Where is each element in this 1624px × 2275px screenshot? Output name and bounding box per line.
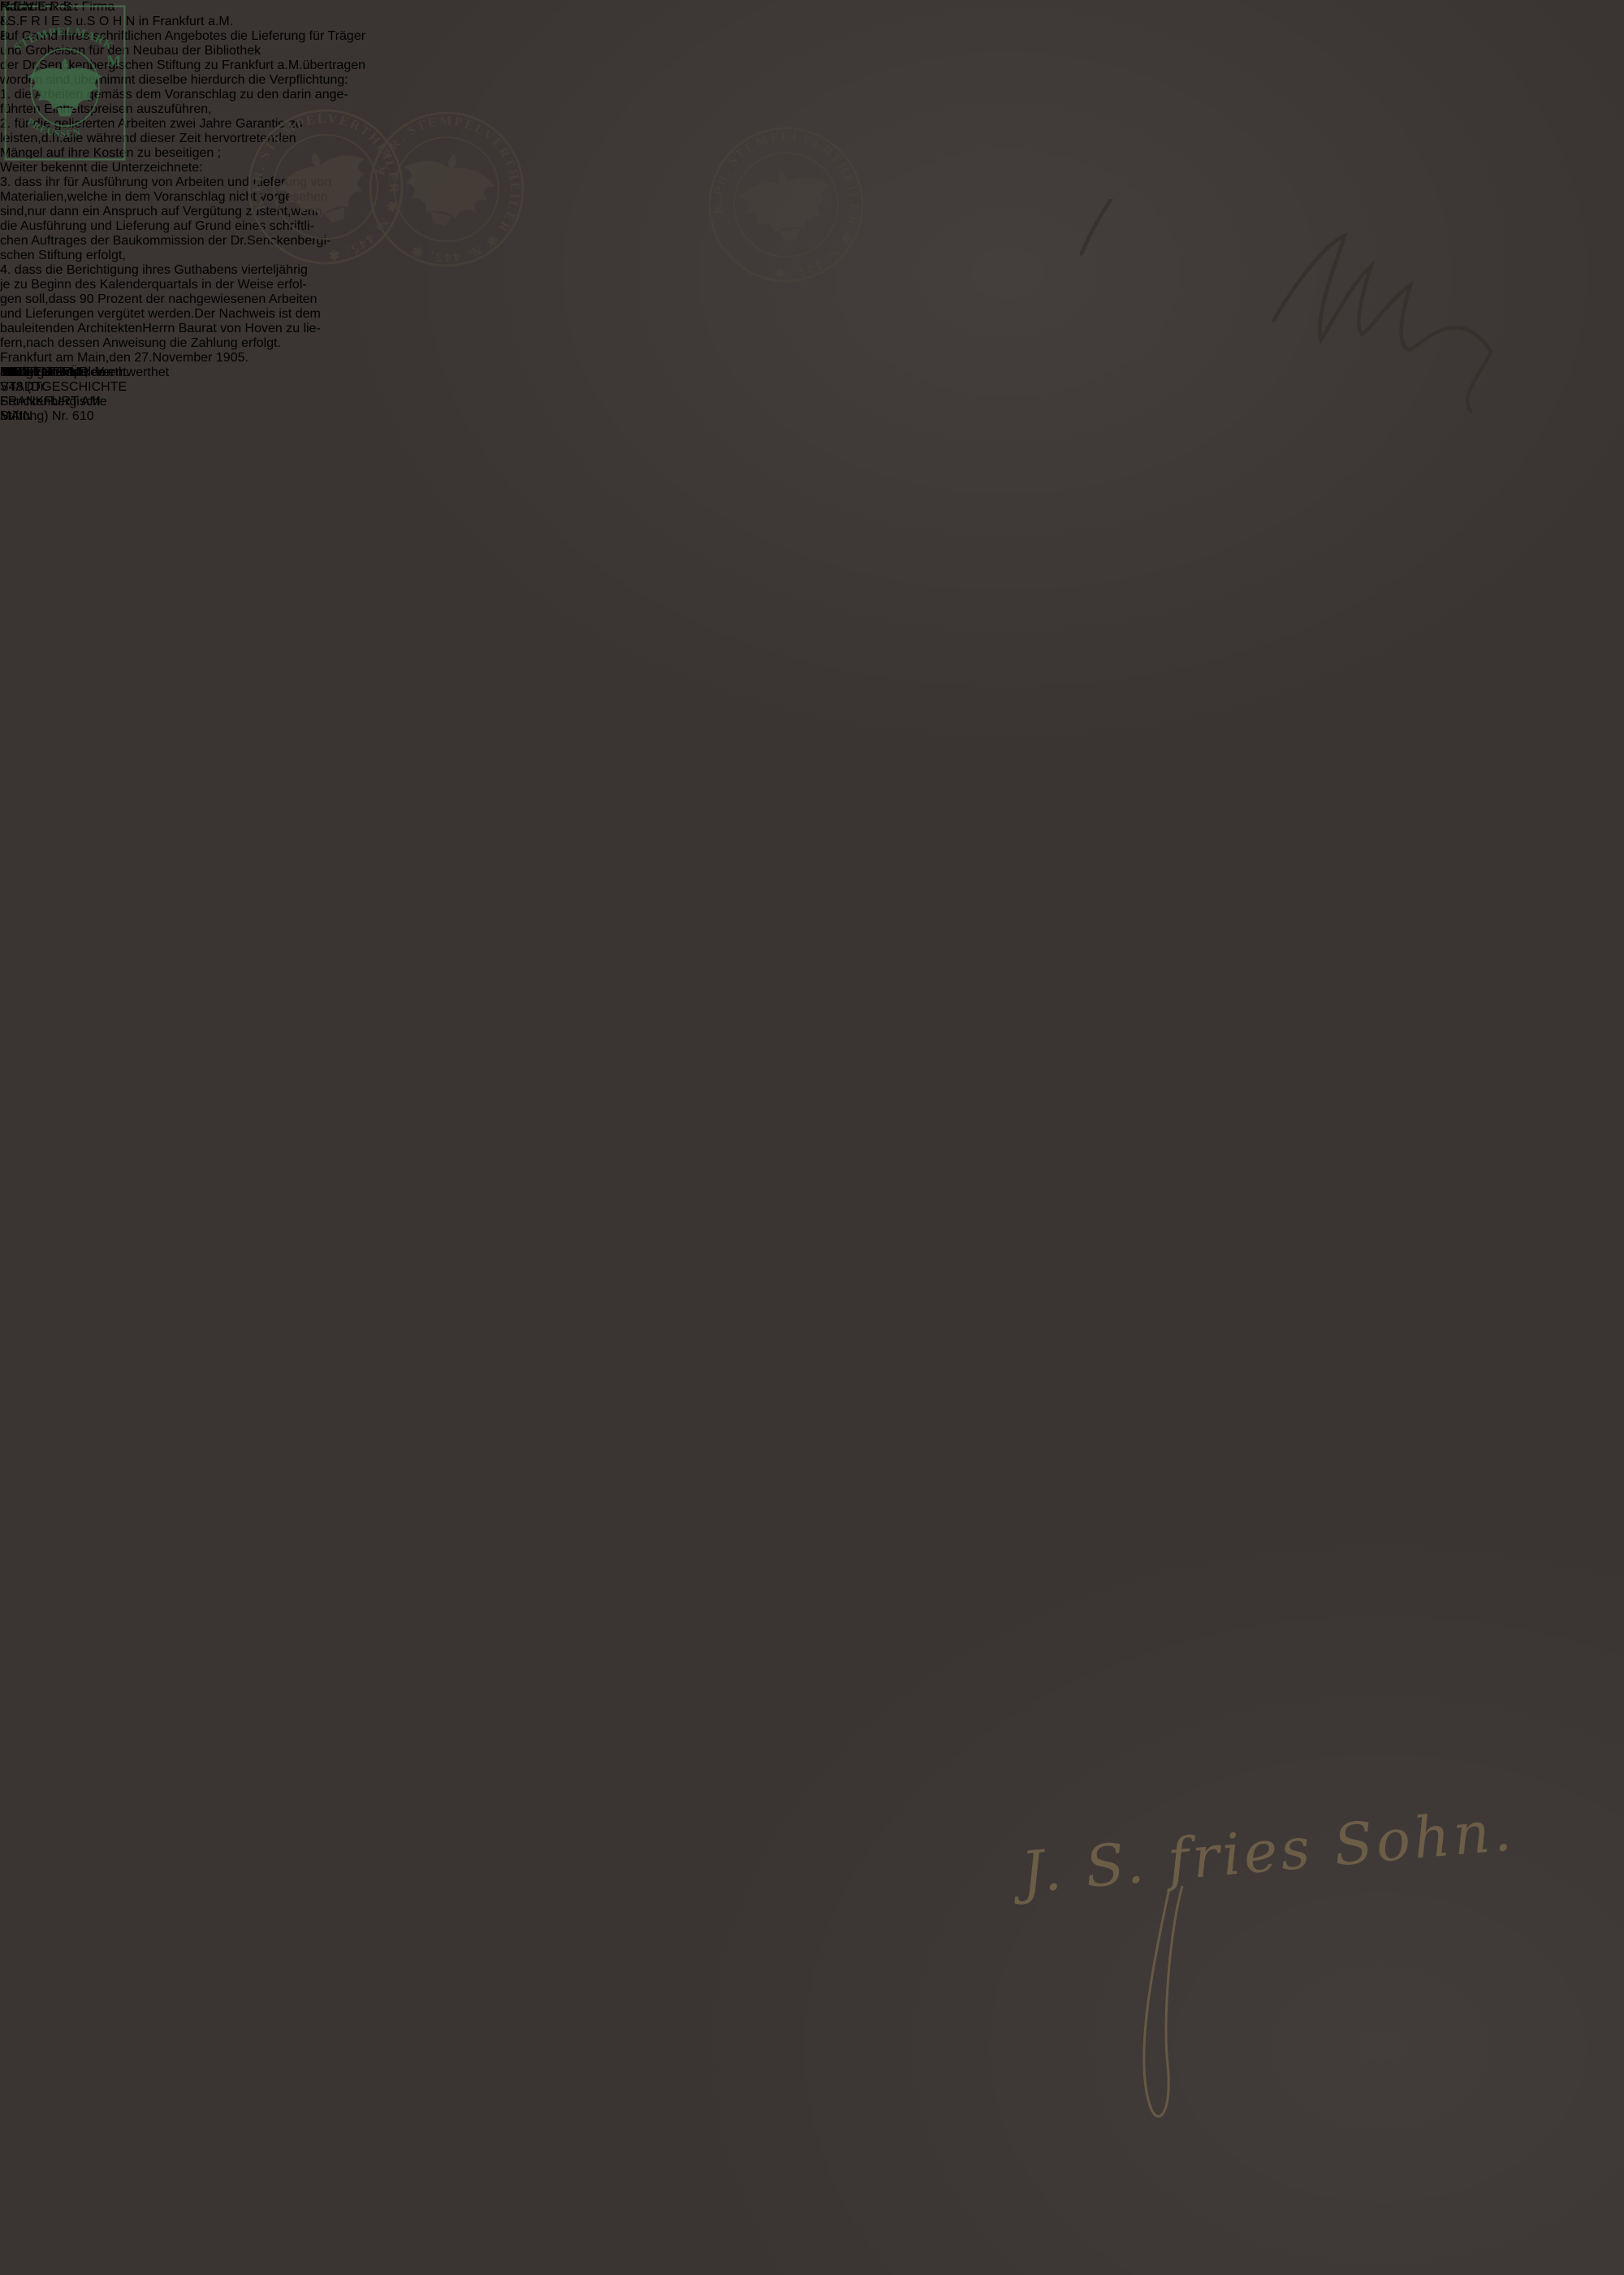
company-signature: J. S. fries Sohn. bbox=[926, 1811, 1559, 2136]
signature-flourish bbox=[1144, 1886, 1182, 2117]
revenue-stamp-value-letter: M bbox=[106, 53, 121, 70]
revenue-stamp: STEMPELMARKE PREUSSEN M bbox=[0, 0, 130, 170]
company-signature-text: J. S. fries Sohn. bbox=[1009, 1811, 1517, 1907]
svg-text:PREUSSEN: PREUSSEN bbox=[25, 116, 83, 140]
dfg-logo: DFG bbox=[0, 365, 28, 380]
clerk-signature-scrawl bbox=[1056, 199, 1518, 418]
document-title: R E V E R S . bbox=[0, 0, 79, 15]
institute-line3: FRANKFURT AM MAIN bbox=[0, 395, 127, 424]
revenue-stamp-bottom-text: PREUSSEN bbox=[25, 116, 83, 140]
round-official-stamps bbox=[227, 78, 918, 330]
round-stamp-3 bbox=[700, 119, 873, 292]
stamp-eagle-icon bbox=[28, 58, 102, 116]
archival-document-scan: K.PR. STEMPELVERTHEILER ✱ № 445. ✱ hl & … bbox=[0, 0, 1624, 2275]
round-stamp-2 bbox=[356, 98, 537, 279]
revenue-stamp-art: STEMPELMARKE PREUSSEN M bbox=[0, 0, 130, 166]
institute-line2: STADTGESCHICHTE bbox=[0, 380, 127, 395]
